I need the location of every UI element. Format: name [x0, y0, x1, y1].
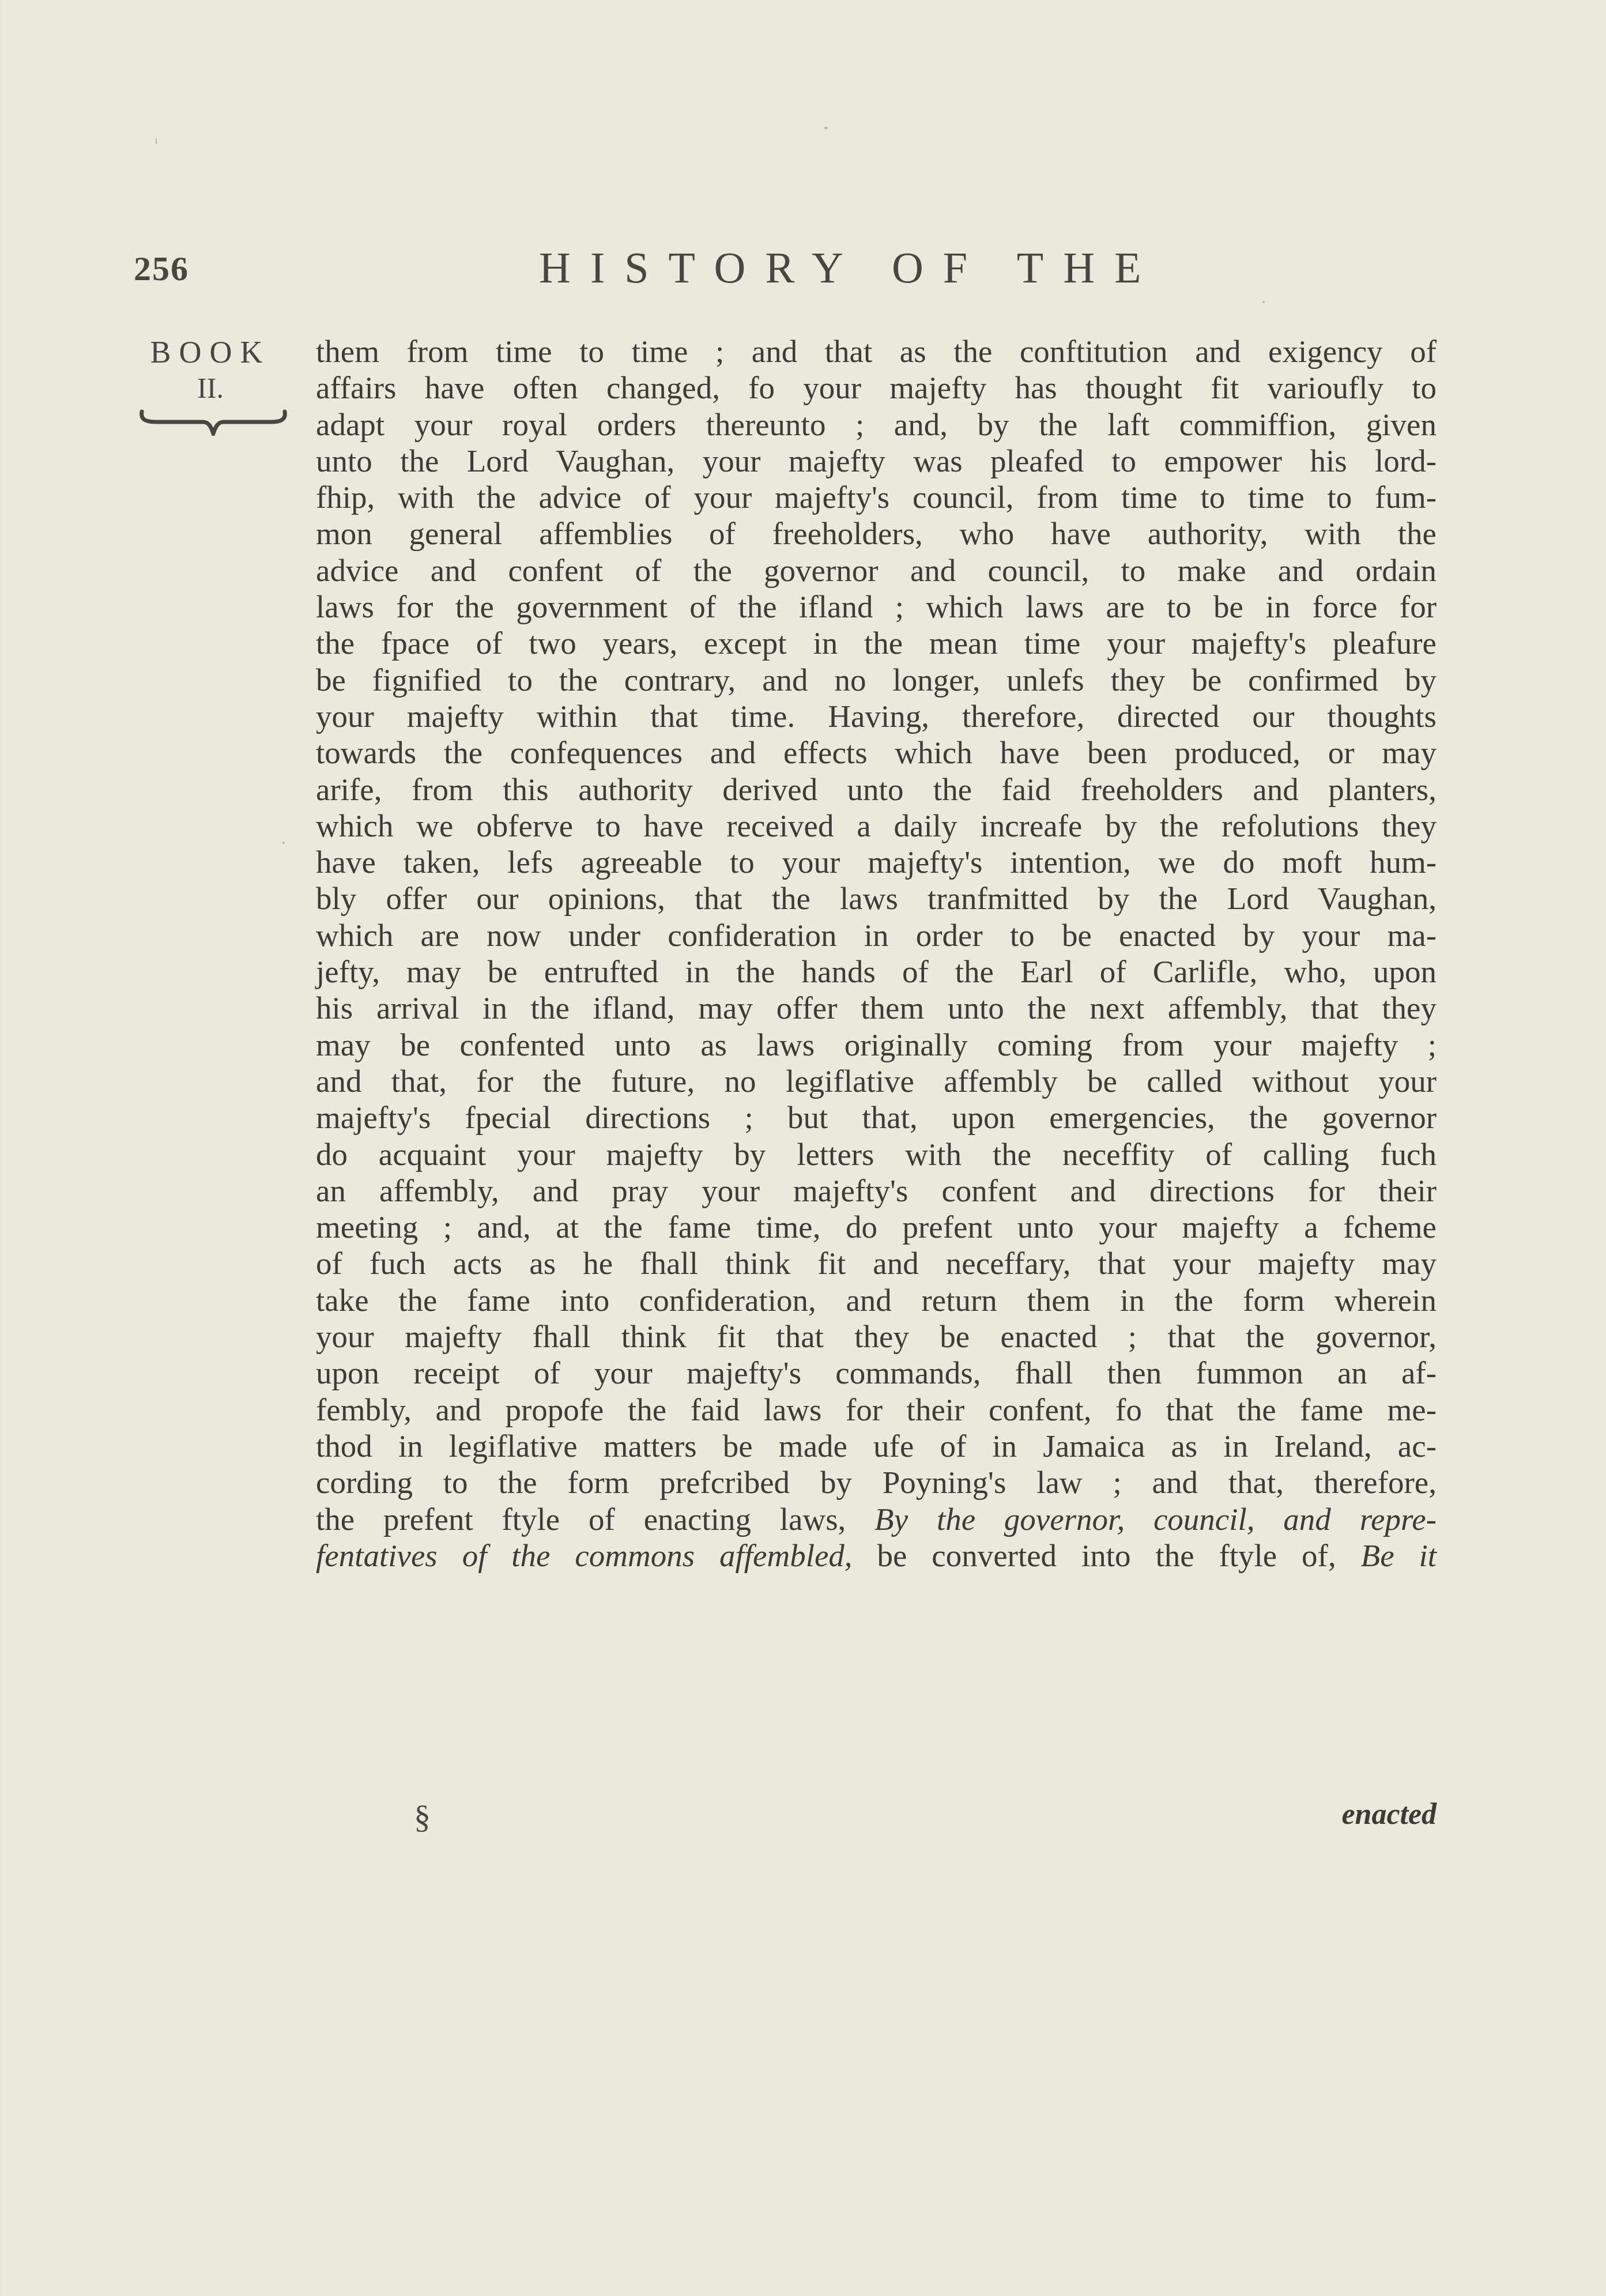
text-line: arife, from this authority derived unto …: [316, 771, 1437, 808]
text-line: his arrival in the ifland, may offer the…: [316, 990, 1437, 1026]
running-head: HISTORY OF THE: [539, 243, 1160, 293]
text-line: laws for the government of the ifland ; …: [316, 589, 1437, 625]
paper-speck: [824, 127, 828, 129]
text-line: an affembly, and pray your majefty's con…: [316, 1172, 1437, 1209]
text-line: the fpace of two years, except in the me…: [316, 625, 1437, 661]
text-italic: fentatives of the commons affembled,: [316, 1538, 853, 1573]
text-line: meeting ; and, at the fame time, do pref…: [316, 1209, 1437, 1245]
text-line: unto the Lord Vaughan, your majefty was …: [316, 443, 1437, 479]
text-line: jefty, may be entrufted in the hands of …: [316, 953, 1437, 990]
text-roman: be converted into the ftyle of,: [853, 1538, 1361, 1573]
text-line: thod in legiflative matters be made ufe …: [316, 1428, 1437, 1464]
text-line: affairs have often changed, fo your maje…: [316, 370, 1437, 406]
text-line: fembly, and propofe the faid laws for th…: [316, 1392, 1437, 1428]
catchline: § enacted: [0, 1797, 1606, 1843]
text-line-mixed: the prefent ftyle of enacting laws, By t…: [316, 1501, 1437, 1537]
text-line: advice and confent of the governor and c…: [316, 552, 1437, 589]
text-line: cording to the form prefcribed by Poynin…: [316, 1464, 1437, 1500]
paper-speck: [156, 138, 157, 144]
paper-speck: [1262, 301, 1265, 303]
page-number: 256: [134, 249, 189, 289]
text-line: and that, for the future, no legiflative…: [316, 1063, 1437, 1099]
body-text: them from time to time ; and that as the…: [316, 333, 1437, 1574]
text-line: do acquaint your majefty by letters with…: [316, 1136, 1437, 1172]
text-italic: By the governor, council, and repre-: [874, 1502, 1437, 1537]
brace-icon: [138, 409, 288, 436]
text-line: have taken, lefs agreeable to your majef…: [316, 844, 1437, 880]
margin-volume-label: II.: [138, 370, 282, 406]
text-roman: the prefent ftyle of enacting laws,: [316, 1502, 874, 1537]
text-line: your majefty fhall think fit that they b…: [316, 1318, 1437, 1355]
text-line: mon general affemblies of freeholders, w…: [316, 515, 1437, 552]
margin-book-label: BOOK: [138, 334, 282, 370]
text-line-mixed: fentatives of the commons affembled, be …: [316, 1537, 1437, 1574]
text-line: them from time to time ; and that as the…: [316, 333, 1437, 370]
text-line: may be confented unto as laws originally…: [316, 1027, 1437, 1063]
book-page: 256 HISTORY OF THE BOOK II. them from ti…: [0, 0, 1606, 2296]
text-line: take the fame into confideration, and re…: [316, 1282, 1437, 1318]
text-line: upon receipt of your majefty's commands,…: [316, 1355, 1437, 1391]
text-line: fhip, with the advice of your majefty's …: [316, 479, 1437, 515]
text-italic: Be it: [1361, 1538, 1437, 1573]
paper-speck: [282, 842, 285, 844]
text-line: majefty's fpecial directions ; but that,…: [316, 1099, 1437, 1136]
text-line: adapt your royal orders thereunto ; and,…: [316, 406, 1437, 443]
text-line: of fuch acts as he fhall think fit and n…: [316, 1245, 1437, 1281]
text-line: which are now under confideration in ord…: [316, 917, 1437, 953]
text-line: your majefty within that time. Having, t…: [316, 698, 1437, 734]
text-line: be fignified to the contrary, and no lon…: [316, 662, 1437, 698]
text-line: bly offer our opinions, that the laws tr…: [316, 880, 1437, 917]
text-line: towards the confequences and effects whi…: [316, 734, 1437, 771]
signature-mark: §: [414, 1797, 431, 1836]
text-line: which we obferve to have received a dail…: [316, 808, 1437, 844]
margin-note: BOOK II.: [138, 334, 282, 436]
catchword: enacted: [1326, 1797, 1437, 1831]
